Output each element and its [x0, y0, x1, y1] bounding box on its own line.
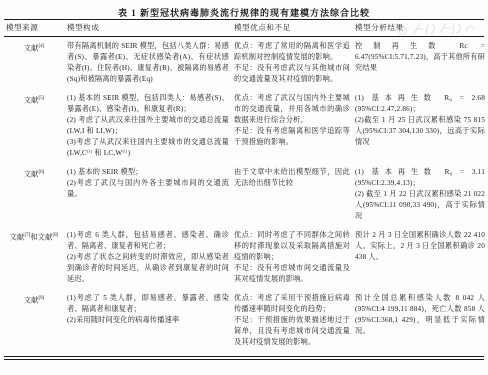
column-header-composition: 模型构成 — [67, 23, 229, 33]
column-header-pros-cons: 模型优点和不足 — [234, 23, 350, 33]
model-composition-cell: (1)考虑 6 类人群，包括易感者、感染者、确诊者、隔离者、康复者和死亡者； (… — [67, 230, 229, 285]
model-composition-cell: (1)考虑了 5 类人群，即易感者、暴露者、感染者、隔离者和康复者； (2)采用… — [67, 293, 229, 348]
comparison-table: 模型来源 模型构成 模型优点和不足 模型分析结果 文献[4] 带有隔离机制的 S… — [4, 19, 484, 372]
source-citation: 文献[9] — [6, 293, 62, 348]
analysis-result-cell: 控制再生数 Rc = 6.47(95%CI:5.71,7.23)，高于其他所有研… — [355, 41, 485, 85]
analysis-result-cell: (1) 基本再生数 R₀ = 3.11 (95%CI:2.39,4.13)； (… — [355, 167, 485, 222]
table-row: 文献[5] (1) 基本的 SEIR 模型，包括四类人：易感者(S)、暴露者(E… — [4, 93, 484, 159]
pros-cons-cell: 由于文章中未给出模型细节，因此无法给出细节比较 — [234, 167, 350, 222]
table-row: 文献[7]和文献[8] (1)考虑 6 类人群，包括易感者、感染者、确诊者、隔离… — [4, 230, 484, 285]
table-header-row: 模型来源 模型构成 模型优点和不足 模型分析结果 — [4, 20, 484, 36]
pros-cons-cell: 优点：考虑了常用的隔离和医学追踪机制对控制疫情发展的影响。 不足：没有考虑武汉与… — [234, 41, 350, 85]
source-citation: 文献[5] — [6, 93, 62, 159]
paper-table-page: 表 1 新型冠状病毒肺炎流行规律的现有建模方法综合比较 模型来源 模型构成 模型… — [0, 0, 488, 375]
citation-superscript: [8] — [52, 233, 58, 238]
table-bottom-rule — [4, 356, 484, 360]
source-citation: 文献[4] — [6, 41, 62, 85]
model-composition-cell: (1) 基本的 SEIR 模型，包括四类人：易感者(S)、暴露者(E)、感染者(… — [67, 93, 229, 159]
table-title: 表 1 新型冠状病毒肺炎流行规律的现有建模方法综合比较 — [0, 0, 488, 18]
pros-cons-cell: 优点：考虑了武汉与国内外主要城市的交通流量，并用各城市的确诊数据来进行综合分析。… — [234, 93, 350, 159]
model-composition-cell: 带有隔离机制的 SEIR 模型，包括八类人群：易感者(S)、暴露者(E)、无症状… — [67, 41, 229, 85]
citation-superscript: [5] — [38, 96, 44, 101]
pros-cons-cell: 优点：同时考虑了不同群体之间转移的时滞现象以及采取隔离措施对疫情的影响； 不足：… — [234, 230, 350, 285]
analysis-result-cell: (1) 基本再生数 R₀ = 2.68 (95%CI:2.47,2.86)； (… — [355, 93, 485, 159]
citation-superscript: [4] — [38, 44, 44, 49]
source-citation: 文献[6] — [6, 167, 62, 222]
pros-cons-cell: 优点：考虑了采用干预措施后病毒传播速率随时间变化的趋势； 不足：干预措施的效果描… — [234, 293, 350, 348]
table-row: 文献[6] (1) 基本的 SEIR 模型； (2)考虑了武汉与国内外各主要城市… — [4, 167, 484, 222]
citation-superscript: [9] — [38, 296, 44, 301]
table-row: 文献[4] 带有隔离机制的 SEIR 模型，包括八类人群：易感者(S)、暴露者(… — [4, 41, 484, 85]
table-header-rule — [4, 36, 484, 37]
citation-superscript: [6] — [38, 170, 44, 175]
model-composition-cell: (1) 基本的 SEIR 模型； (2)考虑了武汉与国内外各主要城市间的交通流量… — [67, 167, 229, 222]
analysis-result-cell: 预计全国总累积感染人数 8 042 人(95%CI:4 199,11 884)，… — [355, 293, 485, 348]
column-header-result: 模型分析结果 — [355, 23, 485, 33]
column-header-source: 模型来源 — [6, 23, 62, 33]
table-row: 文献[9] (1)考虑了 5 类人群，即易感者、暴露者、感染者、隔离者和康复者；… — [4, 293, 484, 348]
analysis-result-cell: 预计 2 月 3 日全国累积确诊人数 22 410人。实际上，2 月 3 日全国… — [355, 230, 485, 285]
source-citation: 文献[7]和文献[8] — [6, 230, 62, 285]
